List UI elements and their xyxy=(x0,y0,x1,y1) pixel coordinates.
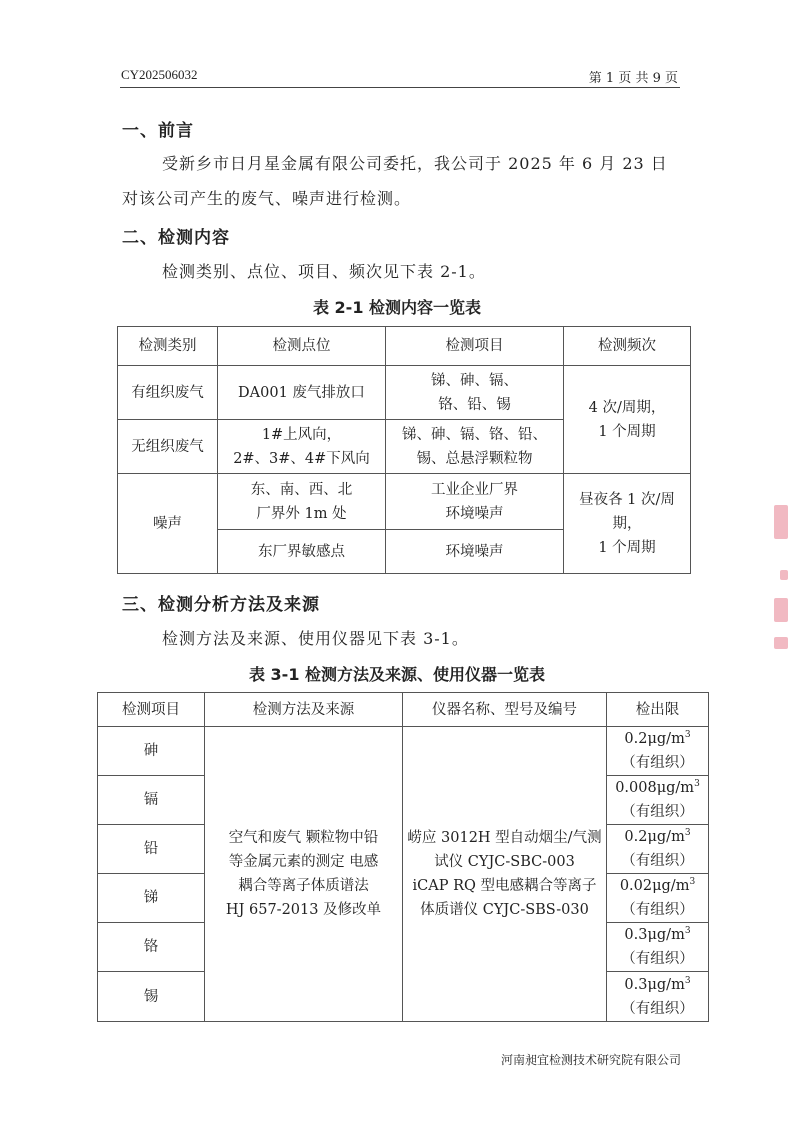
footer-company: 河南昶宜检测技术研究院有限公司 xyxy=(501,1051,681,1068)
frequency-line: 1 个周期 xyxy=(566,536,688,560)
unit-exponent: 3 xyxy=(685,926,691,936)
limit-value: 0.02μg/m xyxy=(620,878,690,894)
frequency-cell: 4 次/周期， 1 个周期 xyxy=(564,366,691,474)
section-1-title: 一、前言 xyxy=(122,116,194,141)
header-cell: 检测频次 xyxy=(564,327,691,366)
detection-content-table: 检测类别 检测点位 检测项目 检测频次 有组织废气 DA001 废气排放口 锑、… xyxy=(117,326,691,574)
item-cell: 锡 xyxy=(98,972,205,1022)
items-line: 锑、砷、镉、铬、铅、 xyxy=(388,423,561,447)
table-row: 砷 空气和废气 颗粒物中铅 等金属元素的测定 电感 耦合等离子体质谱法 HJ 6… xyxy=(98,727,709,776)
limit-cell: 0.3μg/m3 （有组织） xyxy=(607,972,709,1022)
section-3-intro: 检测方法及来源、使用仪器见下表 3-1。 xyxy=(162,626,469,649)
header-cell: 检测项目 xyxy=(386,327,564,366)
header-cell: 检测类别 xyxy=(118,327,218,366)
point-cell: 1#上风向， 2#、3#、4#下风向 xyxy=(218,420,386,474)
point-cell: 东厂界敏感点 xyxy=(218,530,386,574)
seal-fragment xyxy=(774,637,788,649)
item-cell: 铬 xyxy=(98,923,205,972)
limit-cell: 0.02μg/m3 （有组织） xyxy=(607,874,709,923)
limit-value: 0.2μg/m xyxy=(624,731,684,747)
limit-cell: 0.2μg/m3 （有组织） xyxy=(607,825,709,874)
items-cell: 环境噪声 xyxy=(386,530,564,574)
limit-cell: 0.008μg/m3 （有组织） xyxy=(607,776,709,825)
items-line: 锑、砷、镉、 xyxy=(388,369,561,393)
section-2-intro: 检测类别、点位、项目、频次见下表 2-1。 xyxy=(162,259,486,282)
table-header-row: 检测类别 检测点位 检测项目 检测频次 xyxy=(118,327,691,366)
seal-fragment xyxy=(774,598,788,622)
header-rule xyxy=(120,87,680,88)
frequency-line: 1 个周期 xyxy=(566,420,688,444)
point-cell: 东、南、西、北 厂界外 1m 处 xyxy=(218,474,386,530)
section-1-line-2: 对该公司产生的废气、噪声进行检测。 xyxy=(122,186,411,209)
method-instrument-table: 检测项目 检测方法及来源 仪器名称、型号及编号 检出限 砷 空气和废气 颗粒物中… xyxy=(97,692,709,1022)
unit-exponent: 3 xyxy=(685,730,691,740)
point-line: 2#、3#、4#下风向 xyxy=(220,447,383,471)
method-line: 耦合等离子体质谱法 xyxy=(207,874,400,898)
item-cell: 镉 xyxy=(98,776,205,825)
items-cell: 工业企业厂界 环境噪声 xyxy=(386,474,564,530)
table-row: 噪声 东、南、西、北 厂界外 1m 处 工业企业厂界 环境噪声 昼夜各 1 次/… xyxy=(118,474,691,530)
limit-note: （有组织） xyxy=(609,800,706,824)
header-cell: 检测项目 xyxy=(98,693,205,727)
seal-fragment xyxy=(780,570,788,580)
header-cell: 检测点位 xyxy=(218,327,386,366)
limit-value: 0.2μg/m xyxy=(624,829,684,845)
unit-exponent: 3 xyxy=(689,877,695,887)
header-cell: 检测方法及来源 xyxy=(205,693,403,727)
limit-cell: 0.3μg/m3 （有组织） xyxy=(607,923,709,972)
section-3-title: 三、检测分析方法及来源 xyxy=(122,590,320,615)
category-cell: 有组织废气 xyxy=(118,366,218,420)
item-cell: 铅 xyxy=(98,825,205,874)
item-cell: 砷 xyxy=(98,727,205,776)
point-line: 1#上风向， xyxy=(220,423,383,447)
page-info: 第 1 页 共 9 页 xyxy=(589,67,678,86)
instrument-line: 试仪 CYJC-SBC-003 xyxy=(405,850,604,874)
limit-value: 0.008μg/m xyxy=(615,780,694,796)
frequency-cell: 昼夜各 1 次/周期， 1 个周期 xyxy=(564,474,691,574)
point-line: 厂界外 1m 处 xyxy=(220,502,383,526)
method-line: HJ 657-2013 及修改单 xyxy=(207,898,400,922)
limit-note: （有组织） xyxy=(609,849,706,873)
limit-cell: 0.2μg/m3 （有组织） xyxy=(607,727,709,776)
instrument-line: iCAP RQ 型电感耦合等离子 xyxy=(405,874,604,898)
frequency-line: 4 次/周期， xyxy=(566,396,688,420)
table-header-row: 检测项目 检测方法及来源 仪器名称、型号及编号 检出限 xyxy=(98,693,709,727)
point-line: 东、南、西、北 xyxy=(220,478,383,502)
items-line: 铬、铅、锡 xyxy=(388,393,561,417)
category-cell: 无组织废气 xyxy=(118,420,218,474)
limit-note: （有组织） xyxy=(609,751,706,775)
point-cell: DA001 废气排放口 xyxy=(218,366,386,420)
limit-note: （有组织） xyxy=(609,947,706,971)
header-cell: 仪器名称、型号及编号 xyxy=(403,693,607,727)
items-cell: 锑、砷、镉、铬、铅、 锡、总悬浮颗粒物 xyxy=(386,420,564,474)
method-line: 等金属元素的测定 电感 xyxy=(207,850,400,874)
table-3-1-caption: 表 3-1 检测方法及来源、使用仪器一览表 xyxy=(0,662,794,685)
limit-note: （有组织） xyxy=(609,898,706,922)
method-line: 空气和废气 颗粒物中铅 xyxy=(207,826,400,850)
frequency-line: 昼夜各 1 次/周期， xyxy=(566,488,688,536)
unit-exponent: 3 xyxy=(685,828,691,838)
seal-fragment xyxy=(774,505,788,539)
limit-value: 0.3μg/m xyxy=(624,927,684,943)
instrument-line: 体质谱仪 CYJC-SBS-030 xyxy=(405,898,604,922)
section-2-title: 二、检测内容 xyxy=(122,223,230,248)
items-line: 工业企业厂界 xyxy=(388,478,561,502)
unit-exponent: 3 xyxy=(685,976,691,986)
item-cell: 锑 xyxy=(98,874,205,923)
table-2-1-caption: 表 2-1 检测内容一览表 xyxy=(0,295,794,318)
header-cell: 检出限 xyxy=(607,693,709,727)
limit-value: 0.3μg/m xyxy=(624,977,684,993)
limit-note: （有组织） xyxy=(609,997,706,1021)
section-1-line-1: 受新乡市日月星金属有限公司委托，我公司于 2025 年 6 月 23 日 xyxy=(162,151,668,174)
items-cell: 锑、砷、镉、 铬、铅、锡 xyxy=(386,366,564,420)
items-line: 环境噪声 xyxy=(388,502,561,526)
category-cell: 噪声 xyxy=(118,474,218,574)
table-row: 有组织废气 DA001 废气排放口 锑、砷、镉、 铬、铅、锡 4 次/周期， 1… xyxy=(118,366,691,420)
document-number: CY202506032 xyxy=(121,67,198,83)
instrument-line: 崂应 3012H 型自动烟尘/气测 xyxy=(405,826,604,850)
method-cell: 空气和废气 颗粒物中铅 等金属元素的测定 电感 耦合等离子体质谱法 HJ 657… xyxy=(205,727,403,1022)
unit-exponent: 3 xyxy=(694,779,700,789)
instrument-cell: 崂应 3012H 型自动烟尘/气测 试仪 CYJC-SBC-003 iCAP R… xyxy=(403,727,607,1022)
items-line: 锡、总悬浮颗粒物 xyxy=(388,447,561,471)
